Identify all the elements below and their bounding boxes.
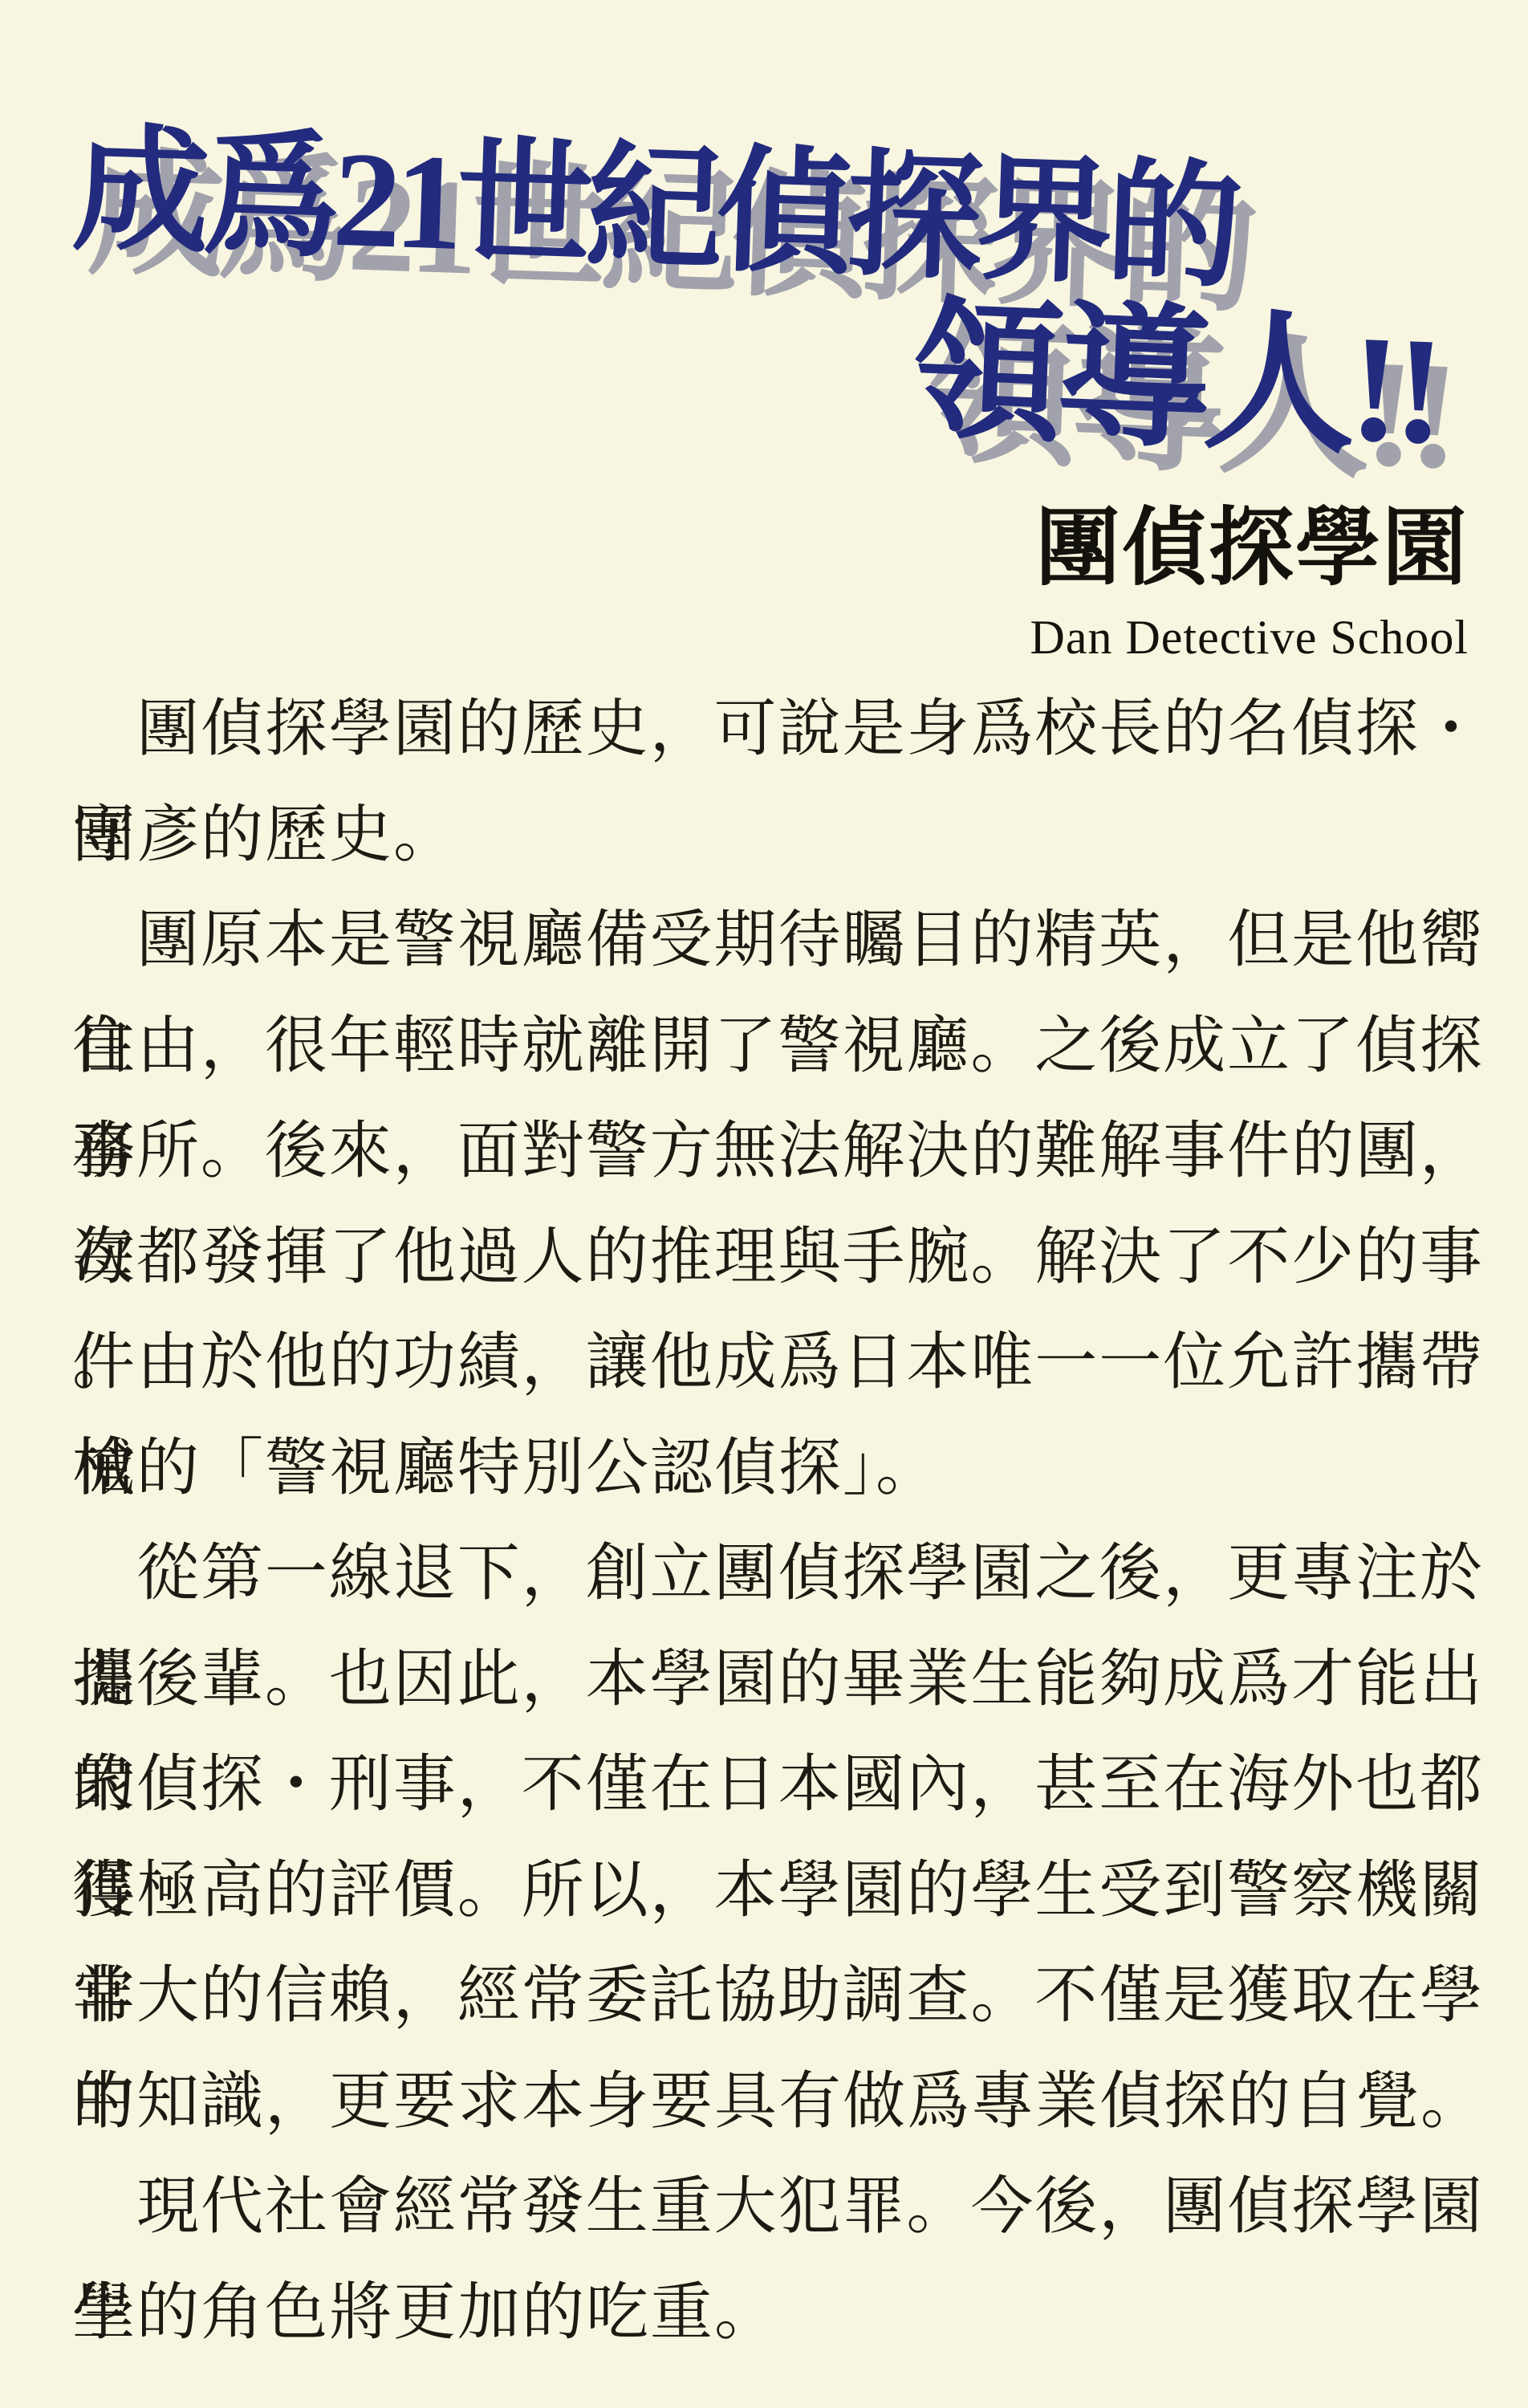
body-line: 的偵探・刑事，不僅在日本國內，甚至在海外也都獲 (72, 1731, 1482, 1837)
body-line: 次都發揮了他過人的推理與手腕。解決了不少的事件 (72, 1204, 1482, 1310)
body-line: 械的「警視廳特別公認偵探」。 (72, 1415, 1482, 1521)
body-line: 守彥的歷史。 (72, 782, 1482, 888)
body-line: 務所。後來，面對警方無法解決的難解事件的團，每 (72, 1098, 1482, 1204)
body-line: 從第一線退下，創立團偵探學園之後，更專注於提 (72, 1520, 1482, 1626)
body-line: 現代社會經常發生重大犯罪。今後，團偵探學園學 (72, 2154, 1482, 2260)
school-name-english: Dan Detective School (1030, 611, 1469, 664)
page-title-line-2: 領導人!! (909, 295, 1441, 468)
scanned-manual-page: 成爲21世紀偵探界的 領導人!! 團偵探學園 Dan Detective Sch… (0, 0, 1528, 2408)
page-title-line-1: 成爲21世紀偵探界的 (71, 122, 1238, 297)
body-line: 常大的信賴，經常委託協助調查。不僅是獲取在學中 (72, 1942, 1482, 2048)
body-line: 的知識，更要求本身要具有做爲專業偵探的自覺。 (72, 2048, 1482, 2154)
body-line: 得極高的評價。所以，本學園的學生受到警察機關非 (72, 1837, 1482, 1943)
body-line: 。由於他的功績，讓他成爲日本唯一一位允許攜帶槍 (72, 1309, 1482, 1415)
body-text: 團偵探學園的歷史，可說是身爲校長的名偵探・團 守彥的歷史。 團原本是警視廳備受期… (72, 676, 1482, 2365)
body-line: 團偵探學園的歷史，可說是身爲校長的名偵探・團 (72, 676, 1482, 782)
body-line: 生的角色將更加的吃重。 (72, 2260, 1482, 2365)
school-name-cjk: 團偵探學園 (1030, 496, 1469, 603)
body-line: 攜後輩。也因此，本學園的畢業生能夠成爲才能出衆 (72, 1626, 1482, 1732)
body-line: 自由，很年輕時就離開了警視廳。之後成立了偵探事 (72, 993, 1482, 1099)
school-name-block: 團偵探學園 Dan Detective School (1030, 496, 1469, 664)
body-line: 團原本是警視廳備受期待矚目的精英，但是他嚮往 (72, 887, 1482, 993)
